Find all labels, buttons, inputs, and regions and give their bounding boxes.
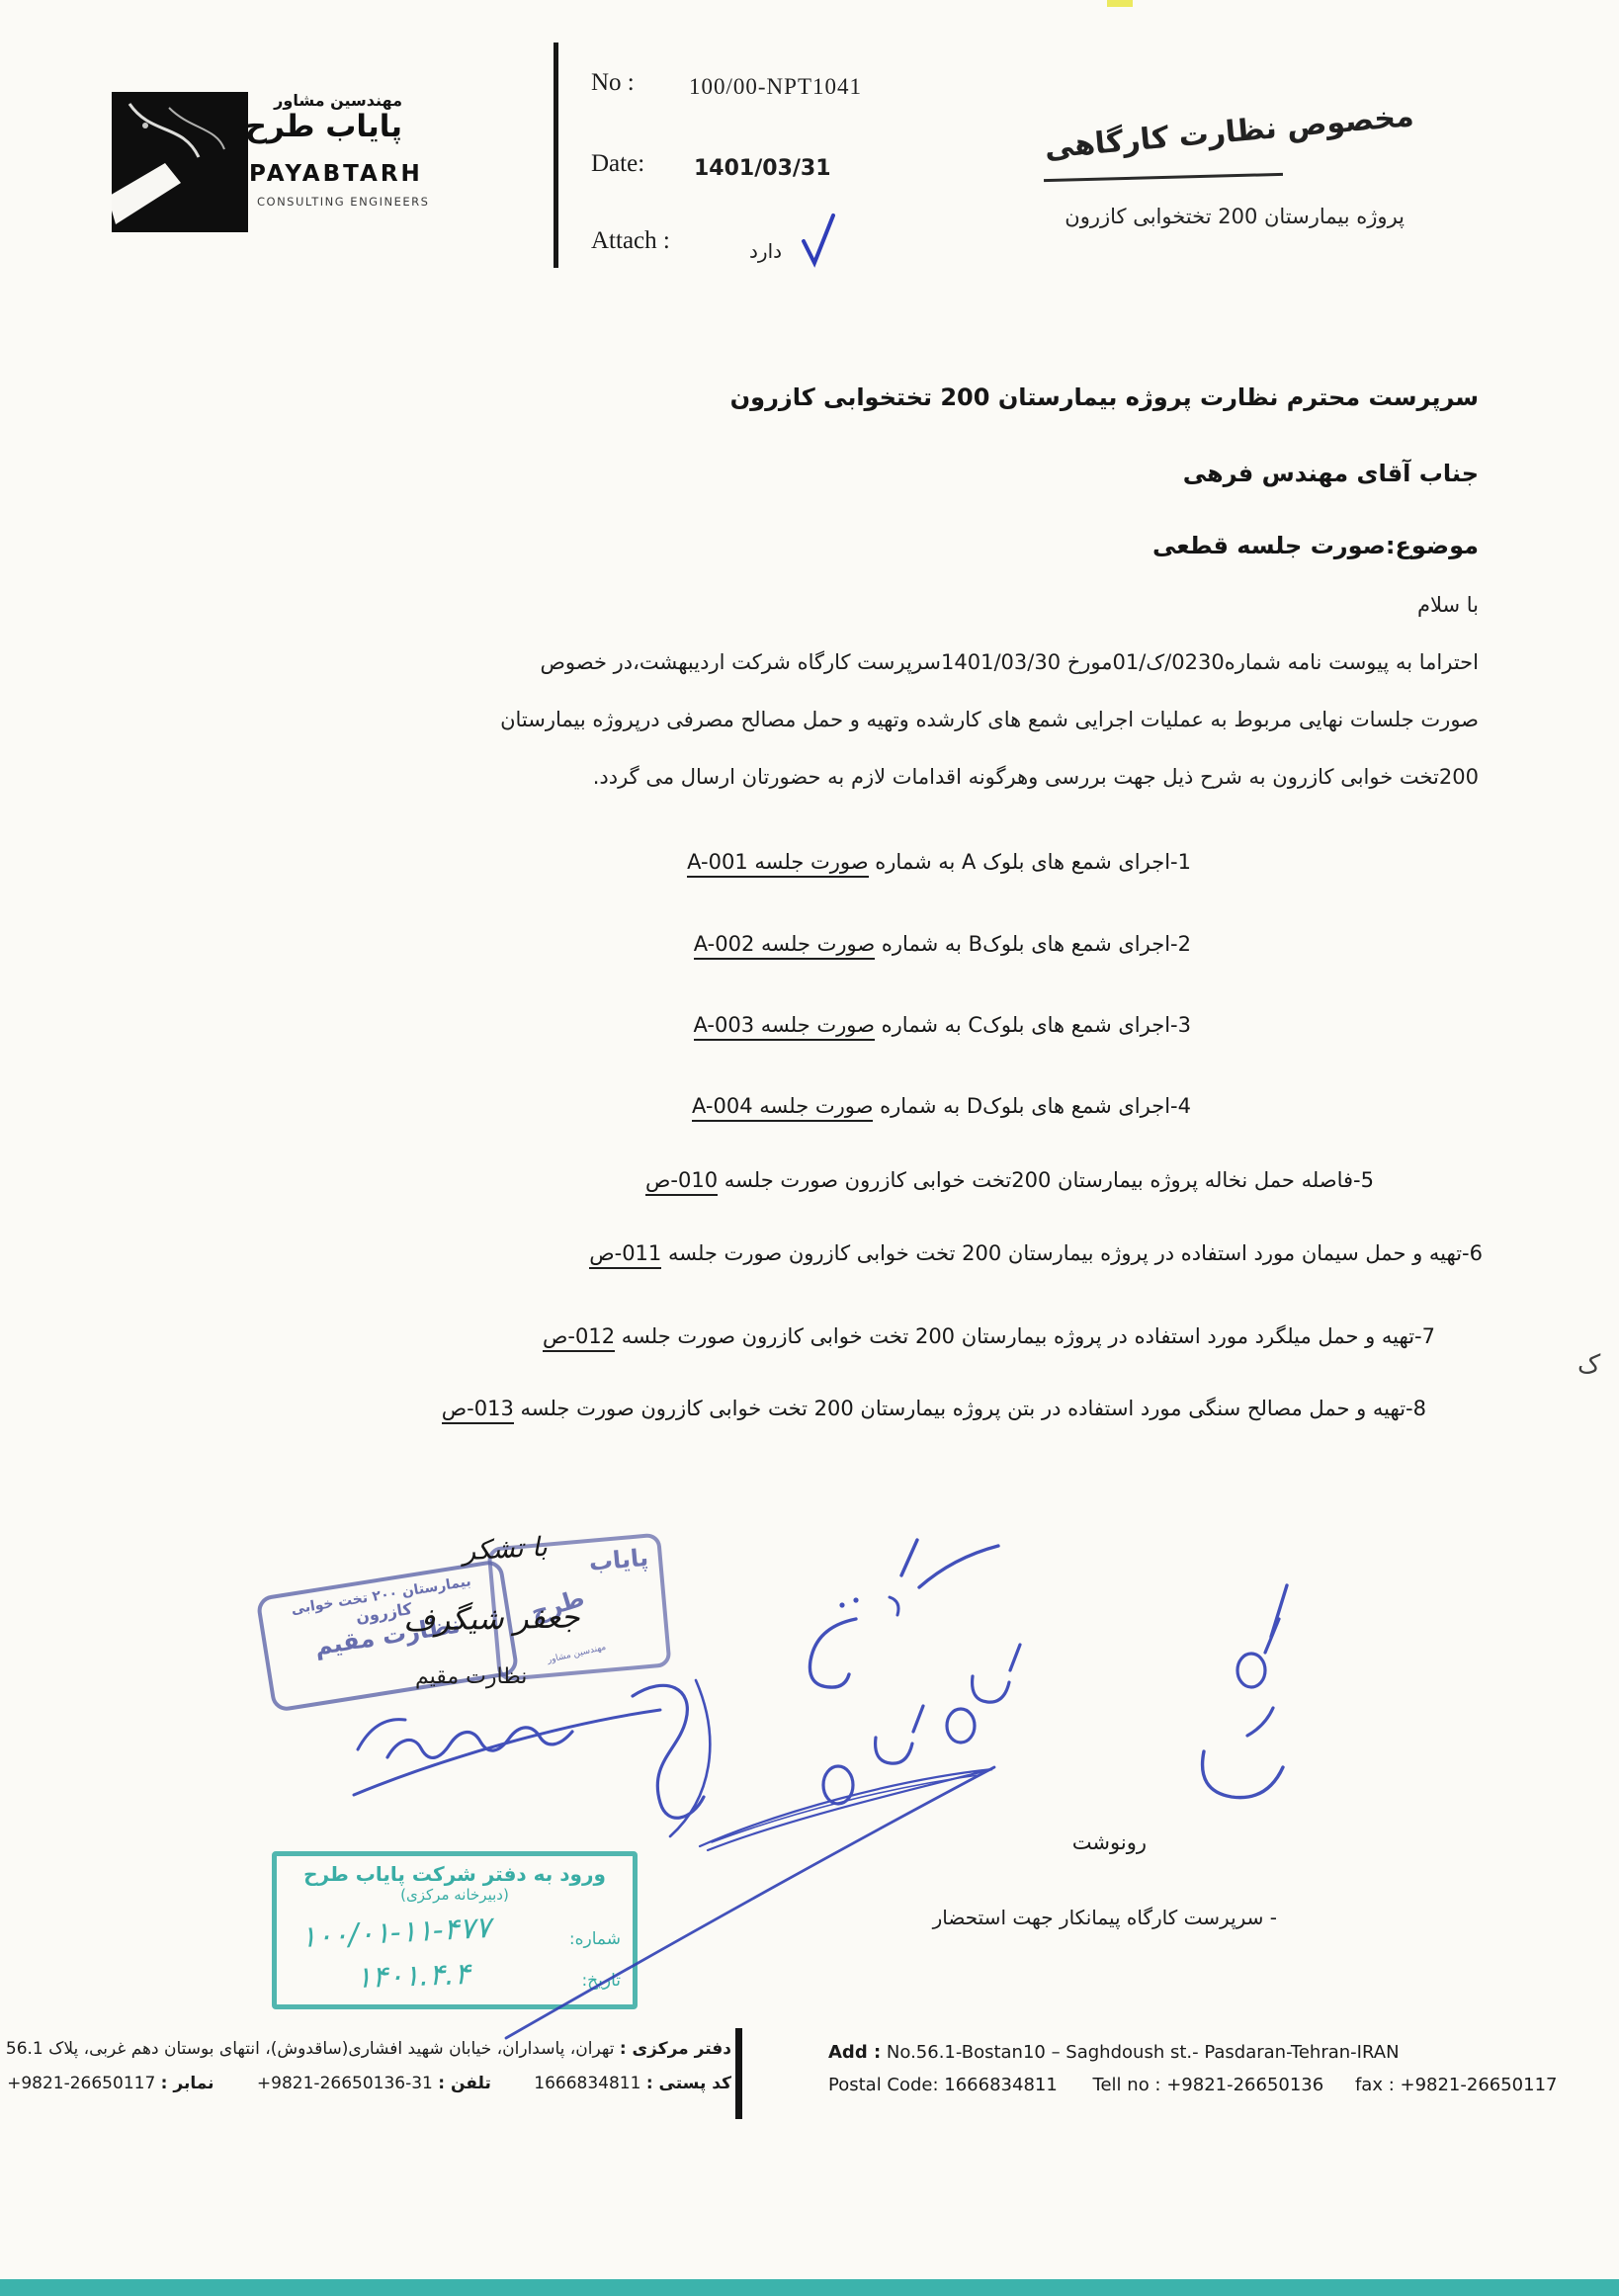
footer-divider bbox=[735, 2028, 742, 2119]
item-text: 2-اجرای شمع های بلوکB به شماره bbox=[875, 932, 1191, 956]
list-item-6: 6-تهیه و حمل سیمان مورد استفاده در پروژه… bbox=[589, 1241, 1483, 1265]
logo-fa-tagline: مهندسین مشاور bbox=[274, 91, 402, 110]
footer-en-postal: Postal Code: 1666834811 bbox=[828, 2075, 1058, 2095]
header-vertical-rule bbox=[554, 43, 558, 268]
para-line-2: صورت جلسات نهایی مربوط به عملیات اجرایی … bbox=[500, 708, 1479, 731]
scan-speck bbox=[1107, 0, 1133, 7]
list-item-8: 8-تهیه و حمل مصالح سنگی مورد استفاده در … bbox=[442, 1397, 1426, 1420]
minutes-ref: صورت جلسه A-002 bbox=[694, 932, 875, 960]
footer-en-block: Add : No.56.1-Bostan10 – Saghdoush st.- … bbox=[828, 2036, 1557, 2101]
project-line: پروژه بیمارستان 200 تختخوابی کازرون bbox=[1065, 205, 1405, 228]
list-item-2: 2-اجرای شمع های بلوکB به شماره صورت جلسه… bbox=[694, 932, 1191, 956]
scanned-letter-page: مهندسین مشاور پایاب طرح PAYABTARH CONSUL… bbox=[0, 0, 1619, 2296]
logo-en-name: PAYABTARH bbox=[249, 161, 423, 187]
handwritten-signer-name: جعفر شیگرف bbox=[403, 1599, 580, 1638]
logo-fa-name: پایاب طرح bbox=[245, 109, 402, 144]
no-value: 100/00-NPT1041 bbox=[689, 74, 862, 100]
stamp-line: مهندسین مشاور bbox=[547, 1643, 607, 1665]
item-text: 7-تهیه و حمل میلگرد مورد استفاده در پروژ… bbox=[615, 1324, 1435, 1348]
footer-fax-value: +9821-26650117 bbox=[7, 2074, 155, 2093]
footer-office-label: دفتر مرکزی : bbox=[620, 2039, 731, 2059]
to-line-1: سرپرست محترم نظارت پروژه بیمارستان 200 ت… bbox=[730, 383, 1479, 411]
para-line-1: احتراما به پیوست نامه شماره0230/ک/01مورخ… bbox=[541, 650, 1480, 674]
item-text: 1-اجرای شمع های بلوک A به شماره bbox=[869, 850, 1191, 874]
entry-stamp-title: ورود به دفتر شرکت پایاب طرح bbox=[277, 1862, 633, 1886]
footer-postal-label: کد پستی : bbox=[646, 2074, 731, 2093]
list-item-1: 1-اجرای شمع های بلوک A به شماره صورت جلس… bbox=[687, 850, 1191, 874]
date-value: 1401/03/31 bbox=[694, 156, 831, 181]
entry-date-value: ۱۴۰۱.۴.۴ bbox=[355, 1957, 470, 1996]
entry-date-label: تاریخ: bbox=[581, 1971, 621, 1991]
salutation: با سلام bbox=[1417, 593, 1479, 617]
entry-no-value: ۱۰۰/۰۱-۱۱-۴۷۷ bbox=[299, 1911, 491, 1955]
footer-office-value: تهران، پاسداران، خیابان شهید افشاری(ساقد… bbox=[6, 2039, 615, 2059]
footer-en-add-value: No.56.1-Bostan10 – Saghdoush st.- Pasdar… bbox=[887, 2042, 1400, 2063]
minutes-ref: صورت جلسه A-001 bbox=[687, 850, 868, 878]
list-item-4: 4-اجرای شمع های بلوکD به شماره صورت جلسه… bbox=[692, 1094, 1191, 1118]
footer-fa-block: دفتر مرکزی : تهران، پاسداران، خیابان شهی… bbox=[6, 2032, 731, 2101]
list-item-5: 5-فاصله حمل نخاله پروژه بیمارستان 200تخت… bbox=[645, 1168, 1374, 1192]
list-item-3: 3-اجرای شمع های بلوکC به شماره صورت جلسه… bbox=[694, 1013, 1191, 1037]
to-line-2: جناب آقای مهندس فرهی bbox=[1183, 460, 1479, 487]
handwritten-thanks: با تشکر bbox=[462, 1532, 548, 1567]
attach-label: Attach : bbox=[591, 227, 670, 255]
item-text: 6-تهیه و حمل سیمان مورد استفاده در پروژه… bbox=[661, 1241, 1483, 1265]
para-line-3: 200تخت خوابی کازرون به شرح ذیل جهت بررسی… bbox=[593, 765, 1479, 789]
footer-fax-label: نمابر : bbox=[161, 2074, 214, 2093]
footer-en-tel: Tell no : +9821-26650136 bbox=[1093, 2075, 1324, 2095]
attach-checkmark-icon bbox=[796, 208, 841, 273]
no-label: No : bbox=[591, 69, 635, 97]
stamp-line: پایاب bbox=[588, 1544, 649, 1576]
office-entry-stamp: ورود به دفتر شرکت پایاب طرح (دبیرخانه مر… bbox=[272, 1851, 638, 2009]
minutes-ref: 013-ص bbox=[442, 1397, 514, 1424]
item-text: 4-اجرای شمع های بلوکD به شماره bbox=[873, 1094, 1191, 1118]
dept-underline bbox=[1044, 173, 1283, 182]
logo-mark-icon bbox=[112, 92, 248, 232]
footer-tel-label: تلفن : bbox=[438, 2074, 491, 2093]
minutes-ref: صورت جلسه A-004 bbox=[692, 1094, 873, 1122]
item-text: 3-اجرای شمع های بلوکC به شماره bbox=[875, 1013, 1191, 1037]
company-logo bbox=[112, 92, 248, 232]
minutes-ref: صورت جلسه A-003 bbox=[694, 1013, 875, 1041]
footer-fa-address: دفتر مرکزی : تهران، پاسداران، خیابان شهی… bbox=[6, 2032, 731, 2067]
footer-en-add-label: Add : bbox=[828, 2042, 881, 2063]
date-label: Date: bbox=[591, 150, 644, 178]
minutes-ref: 012-ص bbox=[543, 1324, 615, 1352]
list-item-7: 7-تهیه و حمل میلگرد مورد استفاده در پروژ… bbox=[543, 1324, 1435, 1348]
footer-fa-contacts: کد پستی : 1666834811 تلفن : +9821-266501… bbox=[6, 2067, 731, 2101]
footer-tel-value: +9821-26650136-31 bbox=[257, 2074, 433, 2093]
bottom-teal-band bbox=[0, 2279, 1619, 2296]
edge-scan-artifact: ک bbox=[1577, 1350, 1600, 1380]
minutes-ref: 010-ص bbox=[645, 1168, 718, 1196]
footer-en-fax: fax : +9821-26650117 bbox=[1355, 2075, 1558, 2095]
footer-postal-value: 1666834811 bbox=[534, 2074, 640, 2093]
item-text: 8-تهیه و حمل مصالح سنگی مورد استفاده در … bbox=[514, 1397, 1426, 1420]
footer-en-address: Add : No.56.1-Bostan10 – Saghdoush st.- … bbox=[828, 2036, 1557, 2069]
entry-stamp-subtitle: (دبیرخانه مرکزی) bbox=[277, 1886, 633, 1904]
cc-line: - سرپرست کارگاه پیمانکار جهت استحضار bbox=[933, 1906, 1277, 1929]
cc-title: رونوشت bbox=[1072, 1830, 1147, 1854]
logo-en-subtitle: CONSULTING ENGINEERS bbox=[257, 195, 429, 209]
subject-line: موضوع:صورت جلسه قطعی bbox=[1152, 532, 1479, 559]
item-text: 5-فاصله حمل نخاله پروژه بیمارستان 200تخت… bbox=[718, 1168, 1374, 1192]
attach-value: دارد bbox=[749, 239, 782, 263]
dept-line: مخصوص نظارت کارگاهی bbox=[1044, 99, 1415, 166]
footer-en-contacts: Postal Code: 1666834811 Tell no : +9821-… bbox=[828, 2069, 1557, 2101]
entry-no-label: شماره: bbox=[569, 1929, 621, 1949]
signer-title: نظارت مقیم bbox=[415, 1664, 527, 1689]
minutes-ref: 011-ص bbox=[589, 1241, 661, 1269]
